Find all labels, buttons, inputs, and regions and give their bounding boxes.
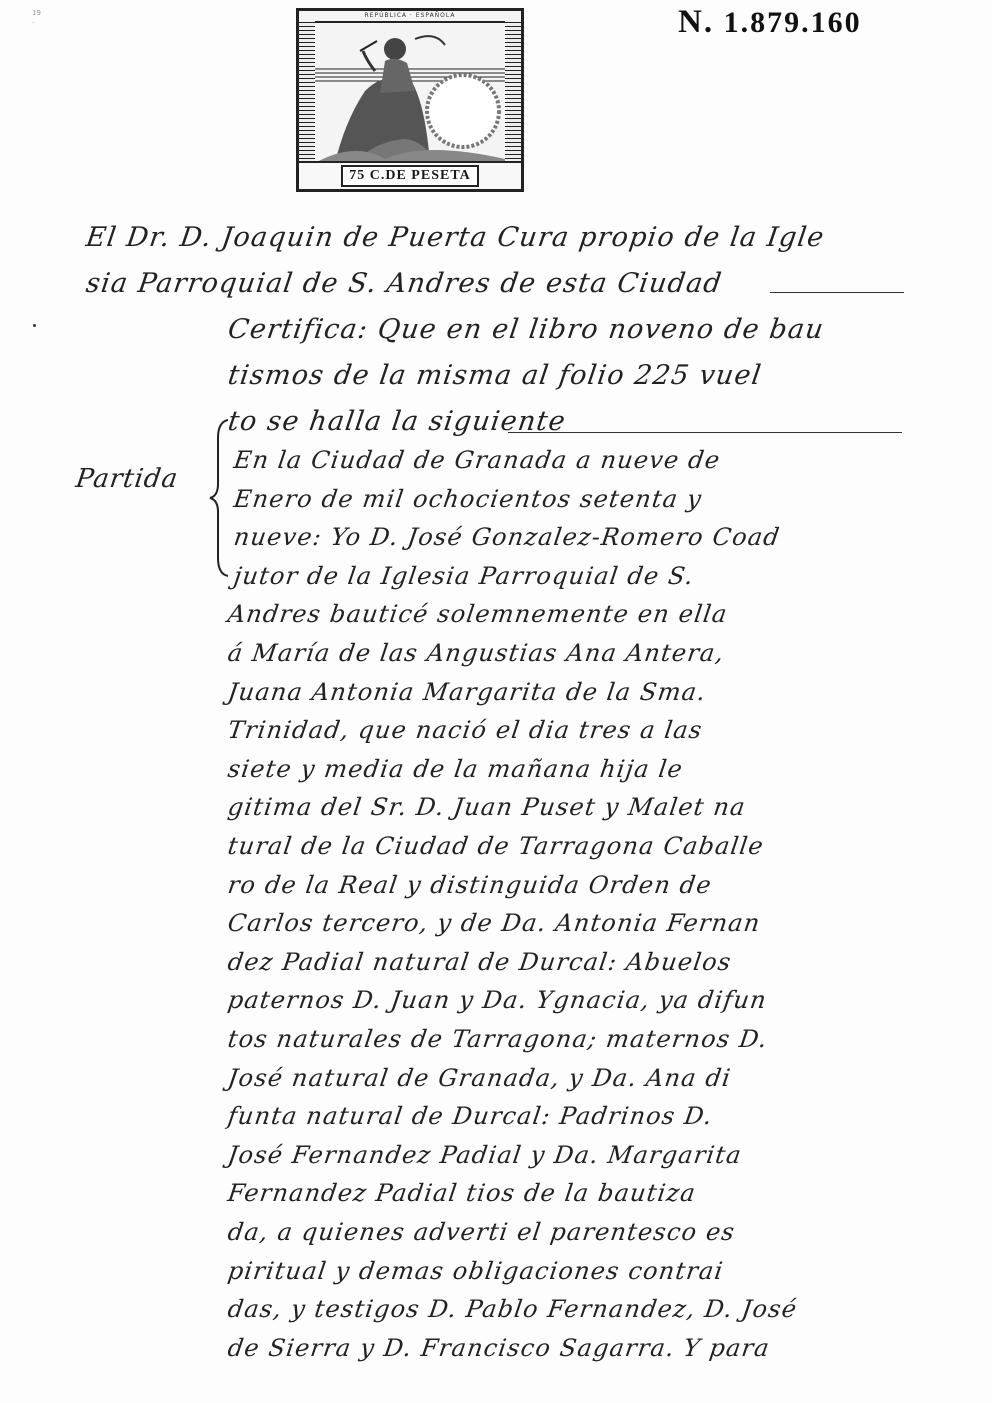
entry-line: tural de la Ciudad de Tarragona Caballe — [226, 832, 766, 860]
stamp-column-left — [299, 21, 315, 163]
allegorical-figure-icon — [315, 21, 505, 163]
stamp-column-right — [505, 21, 521, 163]
entry-line: dez Padial natural de Durcal: Abuelos — [226, 948, 733, 976]
entry-line: paternos D. Juan y Da. Ygnacia, ya difun — [226, 986, 769, 1014]
curly-brace-icon — [208, 418, 232, 578]
entry-line: Trinidad, que nació el dia tres a las — [226, 716, 705, 744]
entry-line: tos naturales de Tarragona; maternos D. — [226, 1025, 770, 1053]
serial-number: N. 1.879.160 — [678, 4, 862, 41]
entry-line: Andres bauticé solemnemente en ella — [226, 600, 730, 628]
entry-line: ro de la Real y distinguida Orden de — [226, 871, 714, 899]
margin-label-partida: Partida — [74, 464, 180, 494]
entry-line: José natural de Granada, y Da. Ana di — [226, 1064, 733, 1092]
certification-line: Certifica: Que en el libro noveno de bau — [226, 314, 826, 345]
edge-marks: 19 · — [32, 8, 41, 28]
serial-value: 1.879.160 — [724, 6, 862, 39]
heading-line: El Dr. D. Joaquin de Puerta Cura propio … — [84, 222, 827, 253]
entry-line: de Sierra y D. Francisco Sagarra. Y para — [226, 1334, 772, 1362]
entry-line: Fernandez Padial tios de la bautiza — [226, 1179, 698, 1207]
ink-dot — [33, 324, 36, 327]
entry-line: Enero de mil ochocientos setenta y — [232, 485, 704, 513]
entry-line: á María de las Angustias Ana Antera, — [226, 639, 726, 667]
entry-line: da, a quienes adverti el parentesco es — [226, 1218, 737, 1246]
stamp-value: 75 C.DE PESETA — [341, 165, 478, 187]
entry-line: Juana Antonia Margarita de la Sma. — [226, 678, 708, 706]
heading-line: sia Parroquial de S. Andres de esta Ciud… — [84, 268, 724, 299]
fill-line — [508, 432, 902, 433]
entry-line: En la Ciudad de Granada a nueve de — [232, 446, 722, 474]
edge-mark: 19 — [32, 8, 41, 18]
entry-line: nueve: Yo D. José Gonzalez-Romero Coad — [232, 523, 782, 551]
entry-line: funta natural de Durcal: Padrinos D. — [226, 1102, 715, 1130]
entry-line: jutor de la Iglesia Parroquial de S. — [232, 562, 696, 590]
entry-line: José Fernandez Padial y Da. Margarita — [226, 1141, 744, 1169]
edge-mark: · — [32, 18, 41, 28]
serial-prefix: N. — [678, 4, 714, 40]
entry-line: Carlos tercero, y de Da. Antonia Fernan — [226, 909, 762, 937]
entry-line: piritual y demas obligaciones contrai — [226, 1257, 725, 1285]
stamp-value-band: 75 C.DE PESETA — [299, 161, 521, 189]
certification-line: tismos de la misma al folio 225 vuel — [226, 360, 764, 391]
entry-line: siete y media de la mañana hija le — [226, 755, 685, 783]
fill-line — [770, 292, 904, 293]
entry-line: das, y testigos D. Pablo Fernandez, D. J… — [226, 1295, 799, 1323]
revenue-stamp: REPÚBLICA · ESPAÑOLA 75 C.DE PESETA — [296, 8, 524, 192]
document-page: 19 · REPÚBLICA · ESPAÑOLA 75 C.DE PESETA — [0, 0, 992, 1403]
entry-line: gitima del Sr. D. Juan Puset y Malet na — [226, 793, 748, 821]
